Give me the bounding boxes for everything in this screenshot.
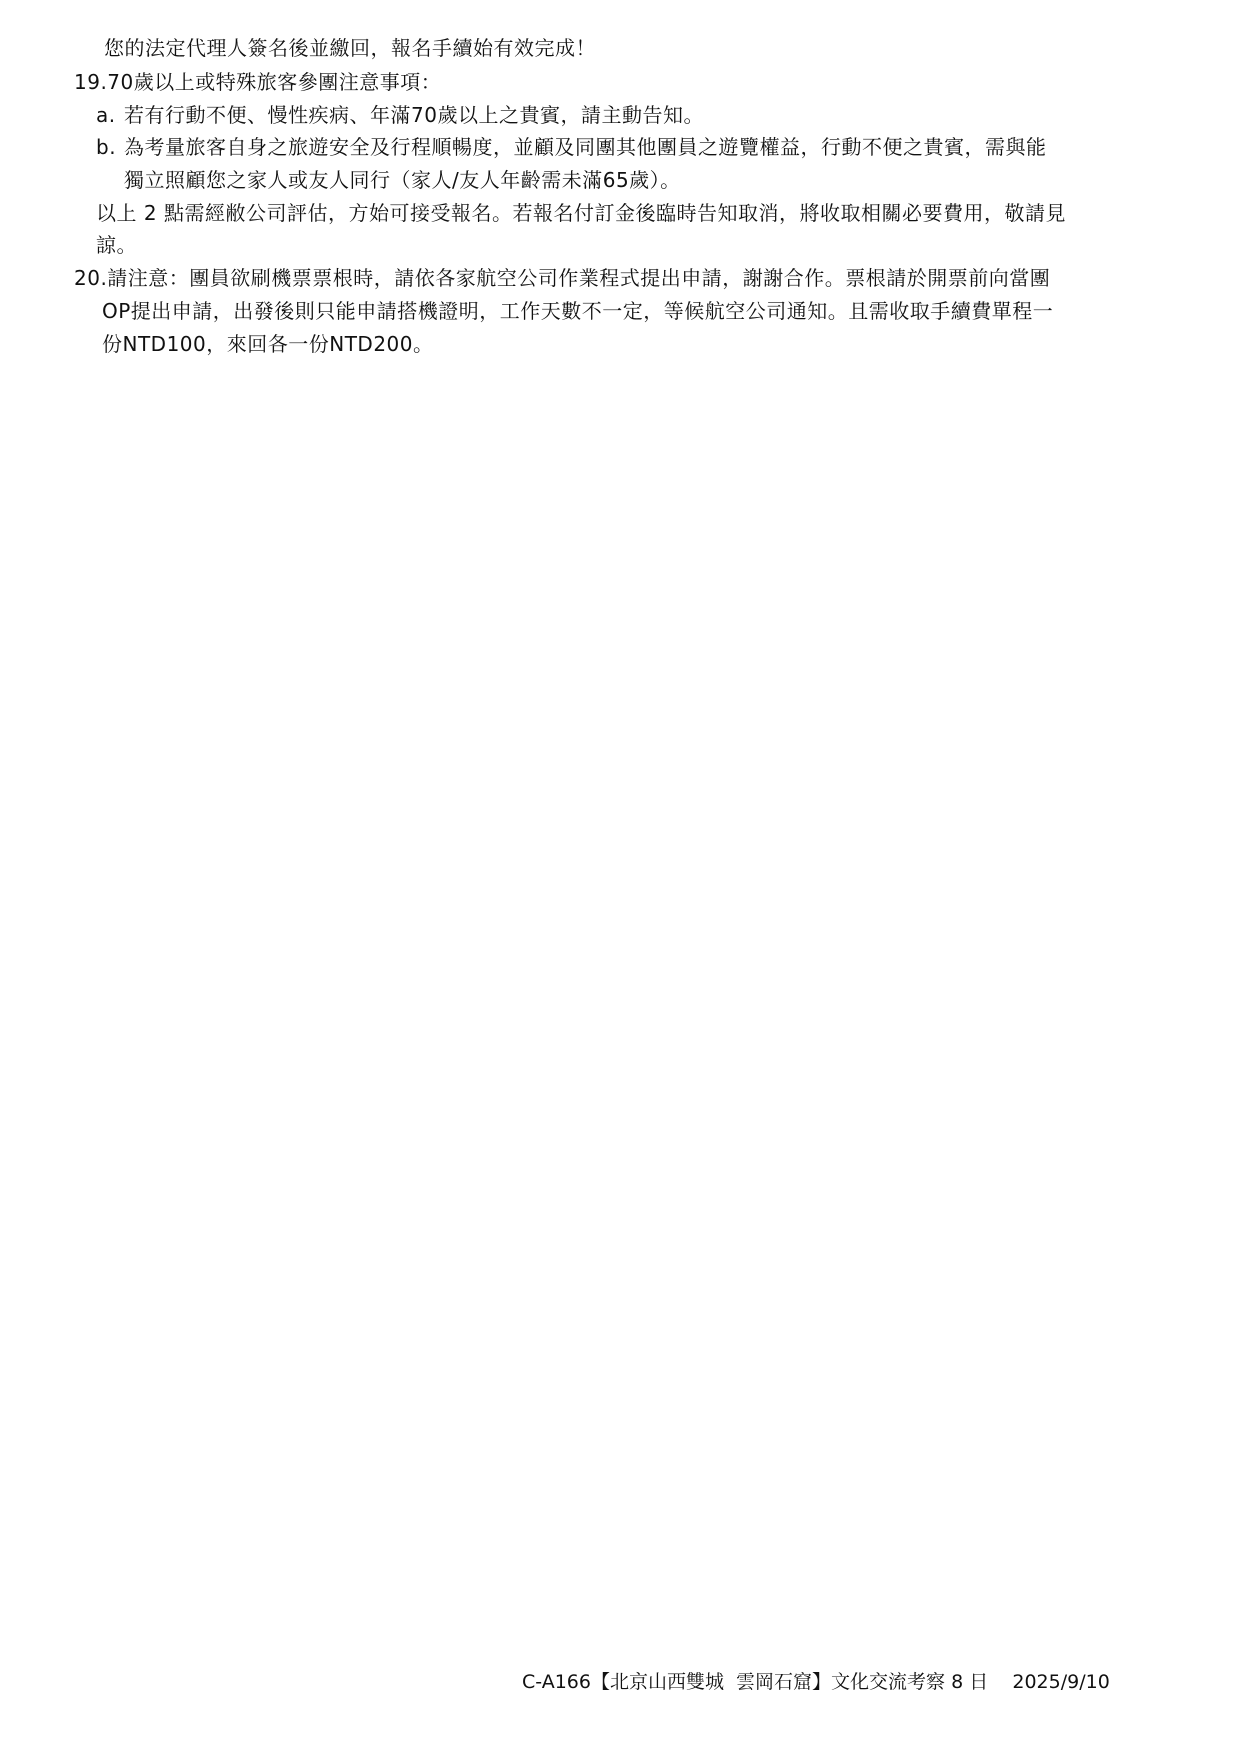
item-19b-marker: b.	[96, 131, 124, 163]
item-19-note-line1: 以上 2 點需經敝公司評估，方始可接受報名。若報名付訂金後臨時告知取消，將收取相…	[96, 197, 1066, 229]
item-20-line3: 份NTD100，來回各一份NTD200。	[102, 328, 434, 360]
item-19a-text: 若有行動不便、慢性疾病、年滿70歲以上之貴賓，請主動告知。	[124, 103, 704, 127]
item-19-title: 19.70歲以上或特殊旅客參團注意事項：	[74, 66, 441, 98]
item-19a-marker: a.	[96, 99, 124, 131]
page-footer: C-A166【北京山西雙城 雲岡石窟】文化交流考察 8 日 2025/9/10	[522, 1668, 1110, 1696]
item-19b: b.為考量旅客自身之旅遊安全及行程順暢度，並顧及同團其他團員之遊覽權益，行動不便…	[96, 131, 1047, 163]
continuation-text: 您的法定代理人簽名後並繳回，報名手續始有效完成！	[104, 32, 596, 64]
item-19a: a.若有行動不便、慢性疾病、年滿70歲以上之貴賓，請主動告知。	[96, 99, 704, 131]
item-20-line1: 20.請注意：團員欲刷機票票根時，請依各家航空公司作業程式提出申請，謝謝合作。票…	[74, 262, 1050, 294]
item-20-line2: OP提出申請，出發後則只能申請搭機證明，工作天數不一定，等候航空公司通知。且需收…	[102, 295, 1053, 327]
item-19-note-line2: 諒。	[96, 229, 137, 261]
item-19b-text-line2: 獨立照顧您之家人或友人同行（家人/友人年齡需未滿65歲）。	[124, 164, 681, 196]
item-19b-text-line1: 為考量旅客自身之旅遊安全及行程順暢度，並顧及同團其他團員之遊覽權益，行動不便之貴…	[124, 135, 1047, 159]
